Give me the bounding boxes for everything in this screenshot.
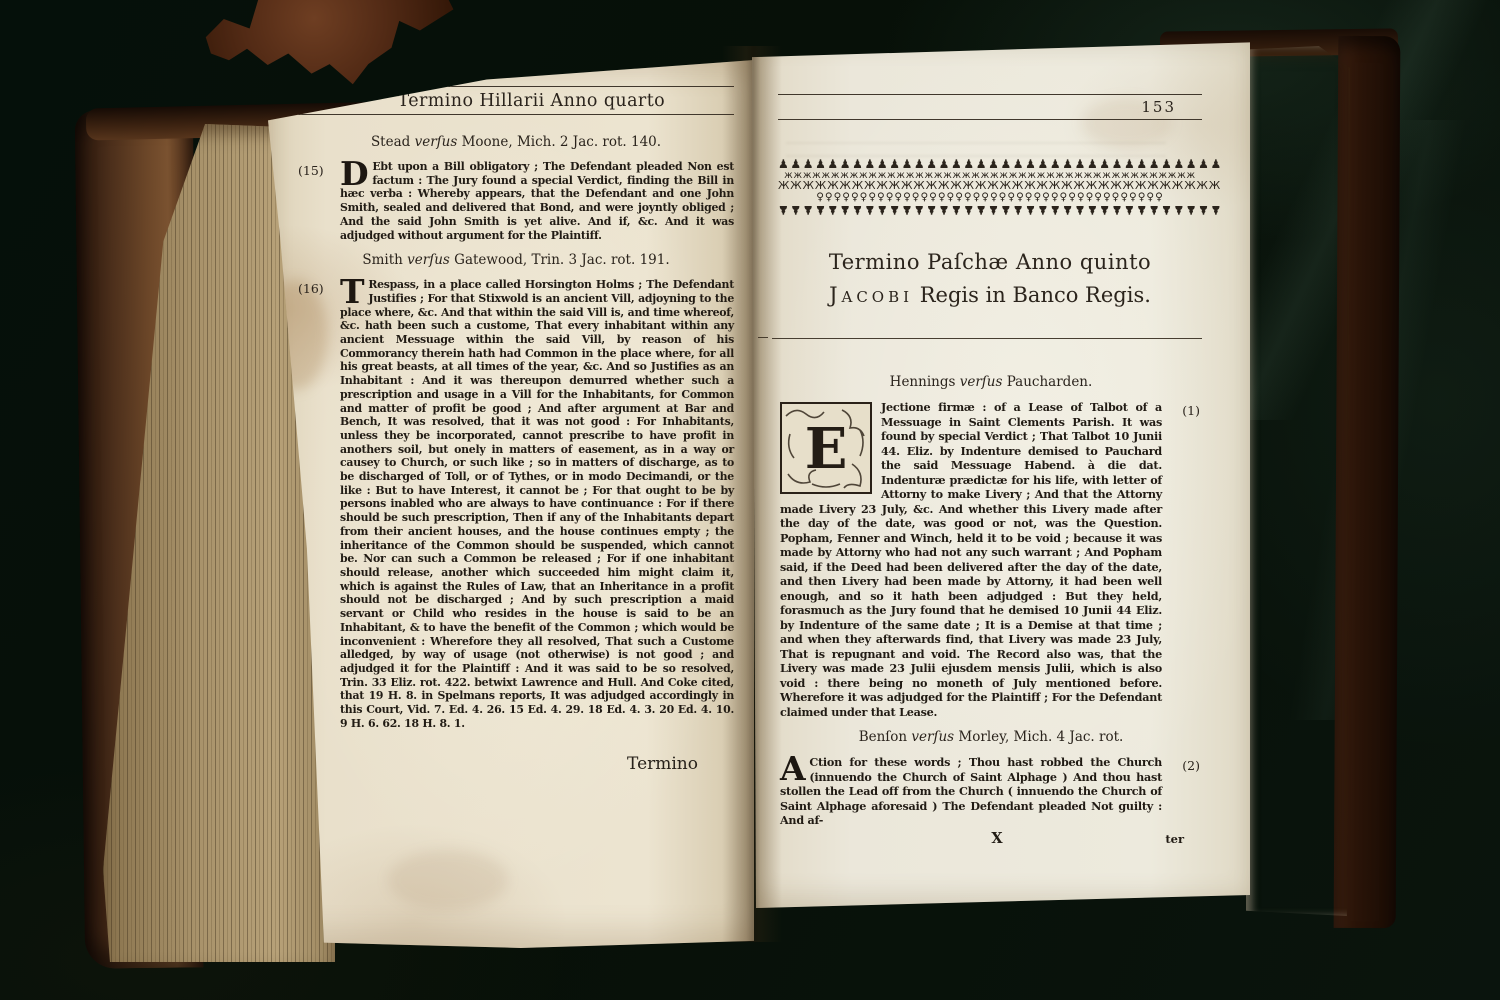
paragraph-text: TRespass, in a place called Horsington H… <box>340 278 734 730</box>
header-rule <box>298 114 734 115</box>
case-plaintiff: Hennings <box>890 374 956 390</box>
drop-cap: A <box>780 755 809 782</box>
drop-cap: T <box>340 278 368 305</box>
paragraph-body: Ebt upon a Bill obligatory ; The Defenda… <box>340 160 734 242</box>
catchword: ter <box>1094 832 1202 846</box>
paragraph-1: E Jectione firmæ : of a Lease of Talbot … <box>780 400 1202 719</box>
case-versus: verſus <box>960 374 1003 390</box>
case-plaintiff: Smith <box>362 252 403 268</box>
term-heading-jacobi: Jacobi <box>829 283 913 307</box>
right-page-block-fore-edge <box>1246 46 1350 916</box>
section-rule <box>772 338 1202 339</box>
case-citation: Moone, Mich. 2 Jac. rot. 140. <box>462 134 661 150</box>
paragraph-16: (16) TRespass, in a place called Horsing… <box>298 278 734 730</box>
header-rule <box>778 119 1202 120</box>
case-heading-benson-v-morley: Benſon verſus Morley, Mich. 4 Jac. rot. <box>780 729 1202 745</box>
page-footer: X ter <box>780 830 1202 847</box>
right-page: 153 ♟♟♟♟♟♟♟♟♟♟♟♟♟♟♟♟♟♟♟♟♟♟♟♟♟♟♟♟♟♟♟♟♟♟♟♟… <box>752 38 1250 908</box>
left-running-title: Termino Hillarii Anno quarto <box>333 91 730 111</box>
paragraph-text: DEbt upon a Bill obligatory ; The Defend… <box>340 160 734 242</box>
term-heading: Termino Paſchæ Anno quinto Jacobi Regis … <box>778 250 1202 307</box>
case-plaintiff: Benſon <box>859 729 907 745</box>
woodcut-initial-E: E <box>780 402 872 494</box>
printer-ornament-band: ♟♟♟♟♟♟♟♟♟♟♟♟♟♟♟♟♟♟♟♟♟♟♟♟♟♟♟♟♟♟♟♟♟♟♟♟ жжж… <box>778 158 1202 216</box>
drop-cap: D <box>340 160 372 187</box>
paragraph-2: ACtion for these words ; Thou hast robbe… <box>780 755 1202 828</box>
left-page: 152 Termino Hillarii Anno quarto Stead v… <box>268 60 754 948</box>
case-citation: Gatewood, Trin. 3 Jac. rot. 191. <box>454 252 669 268</box>
case-versus: verſus <box>911 729 954 745</box>
term-heading-line1: Termino Paſchæ Anno quinto <box>778 250 1202 274</box>
margin-number: (1) <box>1162 400 1202 719</box>
paragraph-text: E Jectione firmæ : of a Lease of Talbot … <box>780 400 1162 719</box>
left-running-header: 152 Termino Hillarii Anno quarto <box>298 86 734 115</box>
right-page-number: 153 <box>1141 98 1176 116</box>
case-heading-hennings-v-paucharden: Hennings verſus Paucharden. <box>780 374 1202 390</box>
ornament-row: ♟♟♟♟♟♟♟♟♟♟♟♟♟♟♟♟♟♟♟♟♟♟♟♟♟♟♟♟♟♟♟♟♟♟♟♟ <box>778 203 1202 216</box>
paragraph-body: Ction for these words ; Thou hast robbed… <box>780 755 1162 827</box>
case-citation: Morley, Mich. 4 Jac. rot. <box>958 729 1123 745</box>
foxing-stain <box>388 850 508 910</box>
case-plaintiff: Stead <box>371 134 410 150</box>
paragraph-15: (15) DEbt upon a Bill obligatory ; The D… <box>298 160 734 242</box>
case-citation: Paucharden. <box>1007 374 1093 390</box>
woodcut-letter: E <box>805 416 847 482</box>
header-rule <box>394 86 734 87</box>
margin-number: (15) <box>298 160 340 242</box>
case-versus: verſus <box>415 134 458 150</box>
paragraph-body: Respass, in a place called Horsington Ho… <box>340 278 734 730</box>
case-heading-stead-v-moone: Stead verſus Moone, Mich. 2 Jac. rot. 14… <box>298 134 734 150</box>
margin-number: (2) <box>1162 755 1202 828</box>
right-running-header: 153 <box>778 94 1202 120</box>
catchword: Termino <box>298 740 734 774</box>
case-versus: verſus <box>407 252 450 268</box>
photo-of-open-book: 152 Termino Hillarii Anno quarto Stead v… <box>0 0 1500 1000</box>
term-heading-rest: Regis in Banco Regis. <box>913 283 1151 307</box>
signature-mark: X <box>780 830 1094 847</box>
paragraph-text: ACtion for these words ; Thou hast robbe… <box>780 755 1162 828</box>
ornament-row: ♀♀♀♀♀♀♀♀♀♀♀♀♀♀♀♀♀♀♀♀♀♀♀♀♀♀♀♀♀♀♀♀♀♀♀♀♀♀♀♀ <box>778 192 1202 203</box>
case-heading-smith-v-gatewood: Smith verſus Gatewood, Trin. 3 Jac. rot.… <box>298 252 734 268</box>
term-heading-line2: Jacobi Regis in Banco Regis. <box>778 283 1202 307</box>
torn-leather-fragment <box>198 0 456 90</box>
